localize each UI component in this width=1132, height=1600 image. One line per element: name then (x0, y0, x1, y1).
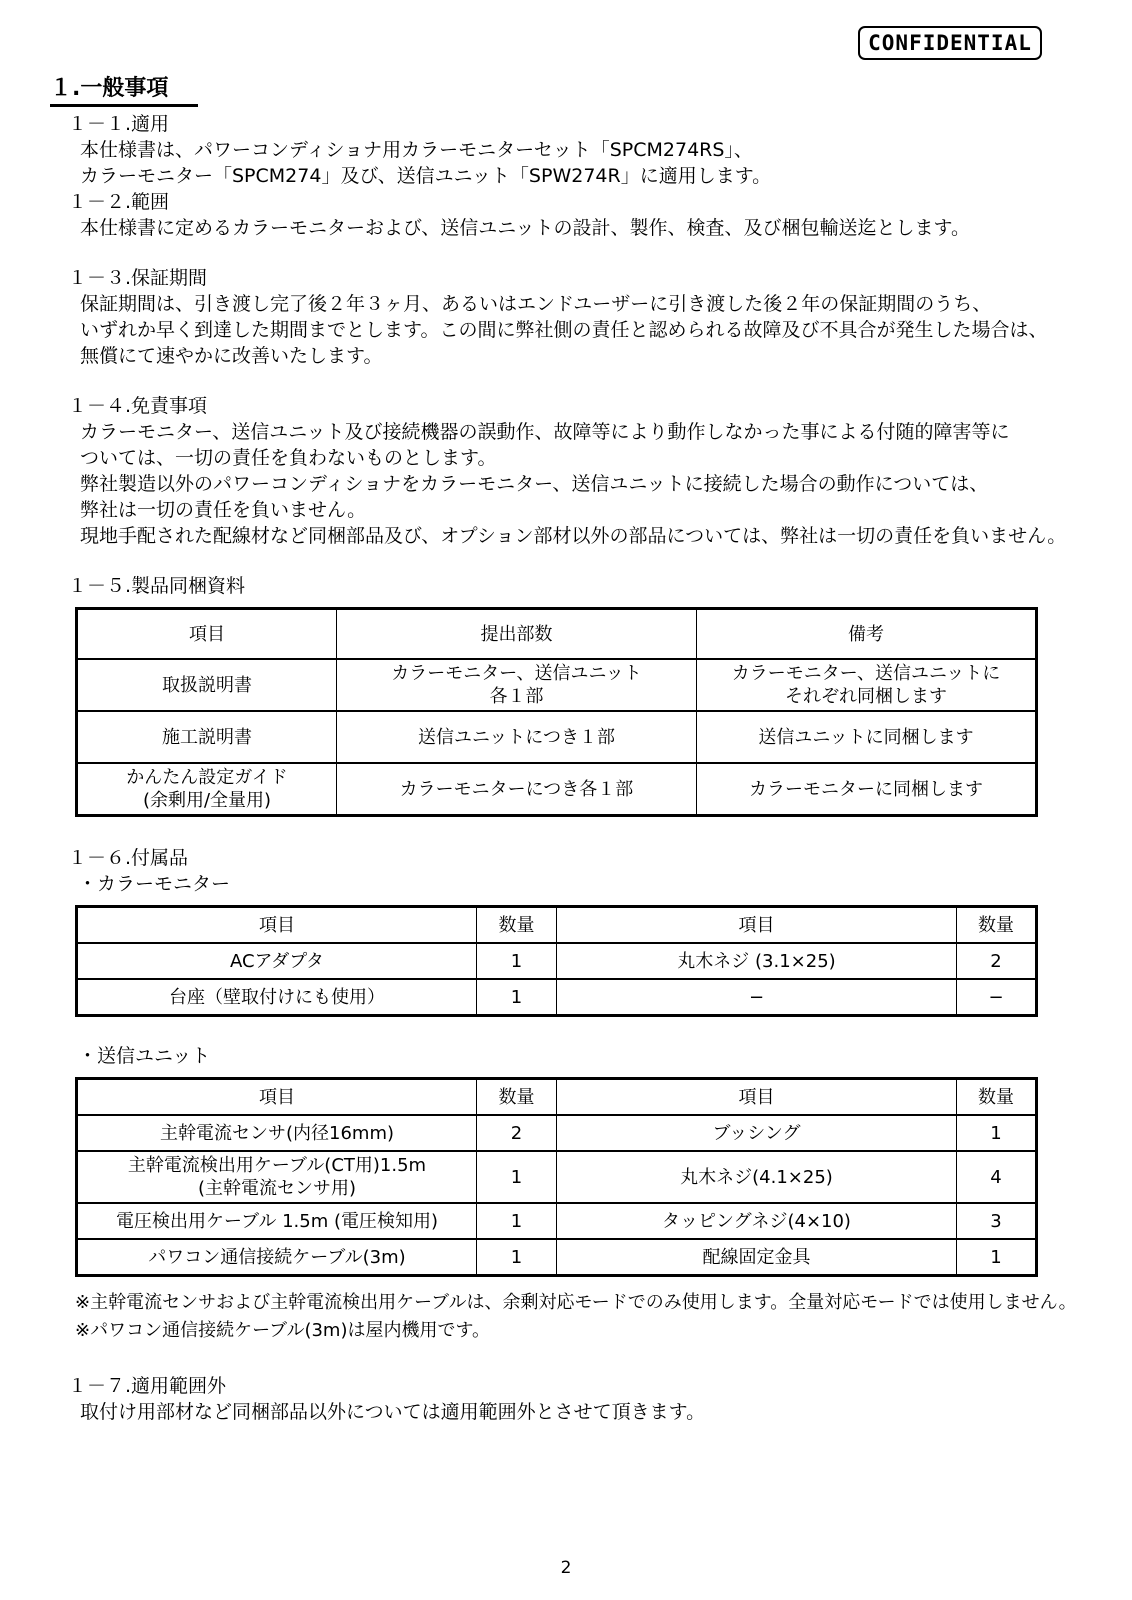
table-cell: 1 (477, 1203, 557, 1239)
table-cell: カラーモニターに同梱します (697, 763, 1037, 816)
table-header-cell: 数量 (477, 1079, 557, 1116)
body-line: ついては、一切の責任を負わないものとします。 (80, 445, 1132, 471)
table-header-cell: 項目 (77, 609, 337, 660)
table-cell: タッピングネジ(4×10) (557, 1203, 957, 1239)
table-cell: カラーモニター、送信ユニットに それぞれ同梱します (697, 659, 1037, 711)
table-cell: 配線固定金具 (557, 1239, 957, 1276)
table-row: 電圧検出用ケーブル 1.5m (電圧検知用) 1 タッピングネジ(4×10) 3 (77, 1203, 1037, 1239)
table-cell: 送信ユニットにつき１部 (337, 711, 697, 763)
table-header-cell: 備考 (697, 609, 1037, 660)
table-row: 施工説明書 送信ユニットにつき１部 送信ユニットに同梱します (77, 711, 1037, 763)
table-cell: 1 (957, 1115, 1037, 1151)
monitor-accessories-label: ・カラーモニター (78, 871, 1132, 897)
table-header-cell: 数量 (477, 907, 557, 944)
subsection-title-1-3: １－３.保証期間 (68, 265, 1132, 291)
table-cell: 送信ユニットに同梱します (697, 711, 1037, 763)
table-row: ACアダプタ 1 丸木ネジ (3.1×25) 2 (77, 943, 1037, 979)
subsection-title-1-6: １－６.付属品 (68, 845, 1132, 871)
table-header-row: 項目 提出部数 備考 (77, 609, 1037, 660)
section-heading: １.一般事項 (50, 76, 1132, 107)
body-line: 現地手配された配線材など同梱部品及び、オプション部材以外の部品については、弊社は… (80, 523, 1132, 549)
table-row: パワコン通信接続ケーブル(3m) 1 配線固定金具 1 (77, 1239, 1037, 1276)
subsection-title-1-2: １－２.範囲 (68, 189, 1132, 215)
table-cell: 1 (477, 1151, 557, 1203)
table-header-row: 項目 数量 項目 数量 (77, 907, 1037, 944)
table-header-cell: 項目 (77, 907, 477, 944)
table-cell: 4 (957, 1151, 1037, 1203)
table-header-cell: 提出部数 (337, 609, 697, 660)
table-header-cell: 数量 (957, 907, 1037, 944)
subsection-title-1-4: １－４.免責事項 (68, 393, 1132, 419)
table-header-cell: 数量 (957, 1079, 1037, 1116)
table-cell: 1 (477, 1239, 557, 1276)
table-cell: 1 (477, 943, 557, 979)
table-cell: 施工説明書 (77, 711, 337, 763)
table-row: 主幹電流検出用ケーブル(CT用)1.5m (主幹電流センサ用) 1 丸木ネジ(4… (77, 1151, 1037, 1203)
table-cell: 電圧検出用ケーブル 1.5m (電圧検知用) (77, 1203, 477, 1239)
table-cell: − (957, 979, 1037, 1016)
table-cell: 取扱説明書 (77, 659, 337, 711)
table-row: 台座（壁取付けにも使用） 1 − − (77, 979, 1037, 1016)
subsection-title-1-5: １－５.製品同梱資料 (68, 573, 1132, 599)
footnote: ※パワコン通信接続ケーブル(3m)は屋内機用です。 (75, 1317, 1132, 1345)
table-cell: カラーモニター、送信ユニット 各１部 (337, 659, 697, 711)
table-cell: ACアダプタ (77, 943, 477, 979)
included-documents-table: 項目 提出部数 備考 取扱説明書 カラーモニター、送信ユニット 各１部 カラーモ… (75, 607, 1038, 817)
table-header-cell: 項目 (557, 907, 957, 944)
body-line: 無償にて速やかに改善いたします。 (80, 343, 1132, 369)
body-line: 保証期間は、引き渡し完了後２年３ヶ月、あるいはエンドユーザーに引き渡した後２年の… (80, 291, 1132, 317)
document-page: CONFIDENTIAL １.一般事項 １－１.適用 本仕様書は、パワーコンディ… (0, 0, 1132, 1600)
table-cell: 丸木ネジ (3.1×25) (557, 943, 957, 979)
transmitter-accessories-table: 項目 数量 項目 数量 主幹電流センサ(内径16mm) 2 ブッシング 1 主幹… (75, 1077, 1038, 1277)
transmitter-accessories-label: ・送信ユニット (78, 1043, 1132, 1069)
page-number: 2 (0, 1558, 1132, 1578)
table-header-row: 項目 数量 項目 数量 (77, 1079, 1037, 1116)
footnote: ※主幹電流センサおよび主幹電流検出用ケーブルは、余剰対応モードでのみ使用します。… (75, 1289, 1132, 1317)
subsection-title-1-7: １－７.適用範囲外 (68, 1373, 1132, 1399)
body-line: 弊社は一切の責任を負いません。 (80, 497, 1132, 523)
table-cell: − (557, 979, 957, 1016)
table-cell: 台座（壁取付けにも使用） (77, 979, 477, 1016)
table-row: 主幹電流センサ(内径16mm) 2 ブッシング 1 (77, 1115, 1037, 1151)
table-cell: 主幹電流センサ(内径16mm) (77, 1115, 477, 1151)
table-row: 取扱説明書 カラーモニター、送信ユニット 各１部 カラーモニター、送信ユニットに… (77, 659, 1037, 711)
table-row: かんたん設定ガイド (余剰用/全量用) カラーモニターにつき各１部 カラーモニタ… (77, 763, 1037, 816)
table-cell: パワコン通信接続ケーブル(3m) (77, 1239, 477, 1276)
table-cell: カラーモニターにつき各１部 (337, 763, 697, 816)
table-cell: かんたん設定ガイド (余剰用/全量用) (77, 763, 337, 816)
confidential-stamp: CONFIDENTIAL (858, 26, 1042, 60)
body-line: カラーモニター「SPCM274」及び、送信ユニット「SPW274R」に適用します… (80, 163, 1132, 189)
table-cell: ブッシング (557, 1115, 957, 1151)
monitor-accessories-table: 項目 数量 項目 数量 ACアダプタ 1 丸木ネジ (3.1×25) 2 台座（… (75, 905, 1038, 1017)
table-cell: 2 (477, 1115, 557, 1151)
table-header-cell: 項目 (557, 1079, 957, 1116)
body-line: 取付け用部材など同梱部品以外については適用範囲外とさせて頂きます。 (80, 1399, 1132, 1425)
table-cell: 主幹電流検出用ケーブル(CT用)1.5m (主幹電流センサ用) (77, 1151, 477, 1203)
body-line: 本仕様書に定めるカラーモニターおよび、送信ユニットの設計、製作、検査、及び梱包輸… (80, 215, 1132, 241)
table-cell: 2 (957, 943, 1037, 979)
confidential-label: CONFIDENTIAL (868, 31, 1032, 55)
body-line: カラーモニター、送信ユニット及び接続機器の誤動作、故障等により動作しなかった事に… (80, 419, 1132, 445)
table-cell: 1 (957, 1239, 1037, 1276)
table-header-cell: 項目 (77, 1079, 477, 1116)
table-cell: 丸木ネジ(4.1×25) (557, 1151, 957, 1203)
section-heading-text: １.一般事項 (50, 76, 198, 107)
body-line: いずれか早く到達した期間までとします。この間に弊社側の責任と認められる故障及び不… (80, 317, 1132, 343)
body-line: 弊社製造以外のパワーコンディショナをカラーモニター、送信ユニットに接続した場合の… (80, 471, 1132, 497)
table-cell: 3 (957, 1203, 1037, 1239)
table-cell: 1 (477, 979, 557, 1016)
body-line: 本仕様書は、パワーコンディショナ用カラーモニターセット「SPCM274RS」、 (80, 137, 1132, 163)
subsection-title-1-1: １－１.適用 (68, 111, 1132, 137)
